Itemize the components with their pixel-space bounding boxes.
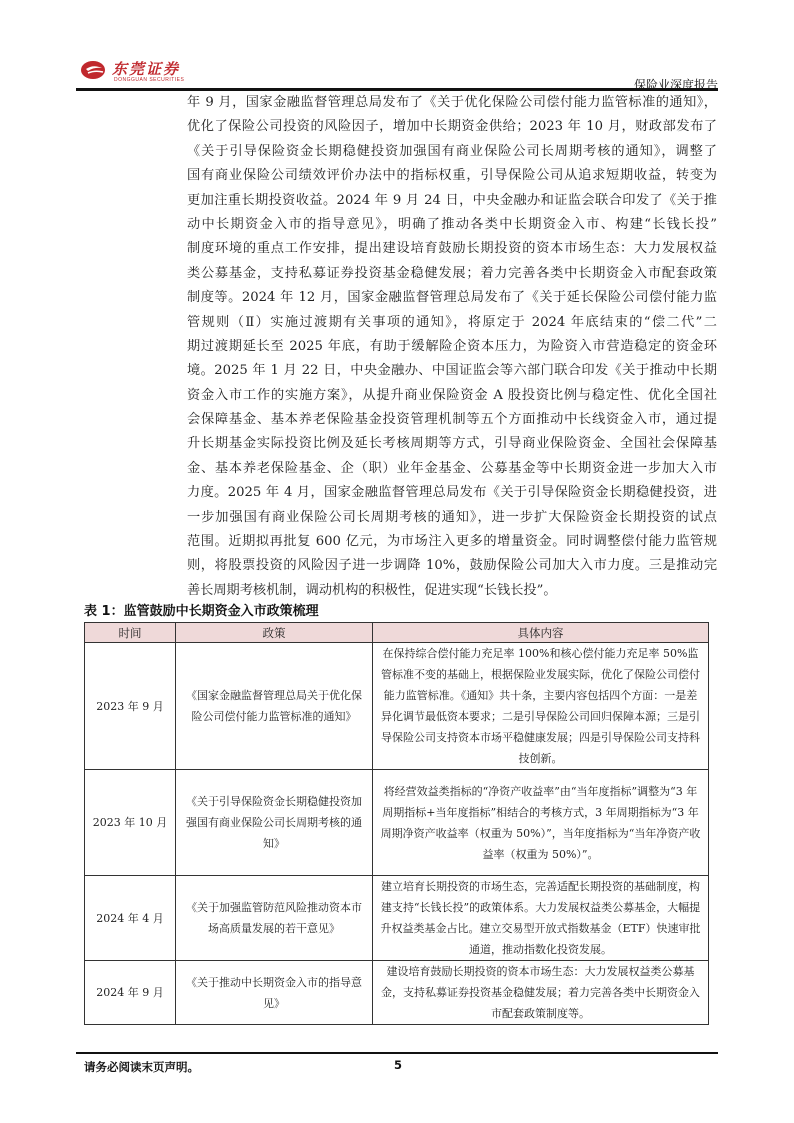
- text-line: 则，将股票投资的风险因子进一步调降 10%，鼓励保险公司加大入市力度。三是推动完: [187, 554, 717, 578]
- disclaimer-note: 请务必阅读末页声明。: [84, 1059, 199, 1075]
- cell-policy: 《国家金融监督管理总局关于优化保险公司偿付能力监管标准的通知》: [176, 643, 373, 770]
- footer-divider: [76, 1052, 718, 1054]
- text-line: 升长期基金实际投资比例及延长考核周期等方式，引导商业保险资金、全国社会保障基: [187, 432, 717, 456]
- text-line: 力度。2025 年 4 月，国家金融监督管理总局发布《关于引导保险资金长期稳健投…: [187, 481, 717, 505]
- logo-chinese-name: 东莞证券: [112, 58, 180, 79]
- text-line: 动中长期资金入市的指导意见》，明确了推动各类中长期资金入市、构建“长钱长投”: [187, 213, 717, 237]
- cell-policy: 《关于引导保险资金长期稳健投资加强国有商业保险公司长周期考核的通知》: [176, 770, 373, 876]
- cell-policy: 《关于推动中长期资金入市的指导意见》: [176, 961, 373, 1025]
- cell-time: 2024 年 4 月: [85, 876, 176, 961]
- text-line: 金、基本养老保险基金、企（职）业年金基金、公募基金等中长期资金进一步加大入市: [187, 457, 717, 481]
- cell-policy: 《关于加强监管防范风险推动资本市场高质量发展的若干意见》: [176, 876, 373, 961]
- cell-content: 在保持综合偿付能力充足率 100%和核心偿付能力充足率 50%监管标准不变的基础…: [373, 643, 709, 770]
- text-line: 国有商业保险公司绩效评价办法中的指标权重，引导保险公司从追求短期收益，转变为: [187, 164, 717, 188]
- table-row: 2024 年 9 月 《关于推动中长期资金入市的指导意见》 建设培育鼓励长期投资…: [85, 961, 709, 1025]
- text-line: 制度等。2024 年 12 月，国家金融监督管理总局发布了《关于延长保险公司偿付…: [187, 286, 717, 310]
- text-line: 年 9 月，国家金融监督管理总局发布了《关于优化保险公司偿付能力监管标准的通知》…: [187, 91, 717, 115]
- page-number: 5: [394, 1058, 402, 1072]
- page-header: 东莞证券 DONGGUAN SECURITIES 保险业深度报告: [78, 52, 718, 92]
- cell-time: 2024 年 9 月: [85, 961, 176, 1025]
- text-line: 期过渡期延长至 2025 年底，有助于缓解险企资本压力，为险资入市营造稳定的资金…: [187, 335, 717, 359]
- column-header-time: 时间: [85, 623, 176, 643]
- company-logo: 东莞证券 DONGGUAN SECURITIES: [78, 56, 208, 86]
- cell-time: 2023 年 9 月: [85, 643, 176, 770]
- text-line: 境。2025 年 1 月 22 日，中央金融办、中国证监会等六部门联合印发《关于…: [187, 359, 717, 383]
- logo-mark-icon: [80, 60, 106, 80]
- text-line: 更加注重长期投资收益。2024 年 9 月 24 日，中央金融办和证监会联合印发…: [187, 189, 717, 213]
- column-header-policy: 政策: [176, 623, 373, 643]
- table-row: 2024 年 4 月 《关于加强监管防范风险推动资本市场高质量发展的若干意见》 …: [85, 876, 709, 961]
- cell-content: 将经营效益类指标的“净资产收益率”由“当年度指标”调整为“3 年周期指标+当年度…: [373, 770, 709, 876]
- text-line: 资金入市工作的实施方案》，从提升商业保险资金 A 股投资比例与稳定性、优化全国社: [187, 384, 717, 408]
- table-title: 表 1：监管鼓励中长期资金入市政策梳理: [84, 600, 319, 619]
- text-line: 类公募基金，支持私募证券投资基金稳健发展；着力完善各类中长期资金入市配套政策: [187, 262, 717, 286]
- cell-content: 建立培育长期投资的市场生态，完善适配长期投资的基础制度，构建支持“长钱长投”的政…: [373, 876, 709, 961]
- text-line: 范围。近期拟再批复 600 亿元，为市场注入更多的增量资金。同时调整偿付能力监管…: [187, 530, 717, 554]
- table-header-row: 时间 政策 具体内容: [85, 623, 709, 643]
- table-row: 2023 年 9 月 《国家金融监督管理总局关于优化保险公司偿付能力监管标准的通…: [85, 643, 709, 770]
- body-paragraph: 年 9 月，国家金融监督管理总局发布了《关于优化保险公司偿付能力监管标准的通知》…: [187, 91, 717, 603]
- table-row: 2023 年 10 月 《关于引导保险资金长期稳健投资加强国有商业保险公司长周期…: [85, 770, 709, 876]
- text-line: 优化了保险公司投资的风险因子，增加中长期资金供给；2023 年 10 月，财政部…: [187, 115, 717, 139]
- logo-english-name: DONGGUAN SECURITIES: [114, 77, 184, 83]
- policy-table: 时间 政策 具体内容 2023 年 9 月 《国家金融监督管理总局关于优化保险公…: [84, 622, 709, 1025]
- text-line: 管规则（Ⅱ）实施过渡期有关事项的通知》，将原定于 2024 年底结束的“偿二代”…: [187, 311, 717, 335]
- column-header-content: 具体内容: [373, 623, 709, 643]
- text-line: 制度环境的重点工作安排，提出建设培育鼓励长期投资的资本市场生态：大力发展权益: [187, 237, 717, 261]
- cell-time: 2023 年 10 月: [85, 770, 176, 876]
- text-line: 会保障基金、基本养老保险基金投资管理机制等五个方面推动中长线资金入市，通过提: [187, 408, 717, 432]
- text-line: 一步加强国有商业保险公司长周期考核的通知》，进一步扩大保险资金长期投资的试点: [187, 506, 717, 530]
- cell-content: 建设培育鼓励长期投资的资本市场生态：大力发展权益类公募基金，支持私募证券投资基金…: [373, 961, 709, 1025]
- text-line: 《关于引导保险资金长期稳健投资加强国有商业保险公司长周期考核的通知》，调整了: [187, 140, 717, 164]
